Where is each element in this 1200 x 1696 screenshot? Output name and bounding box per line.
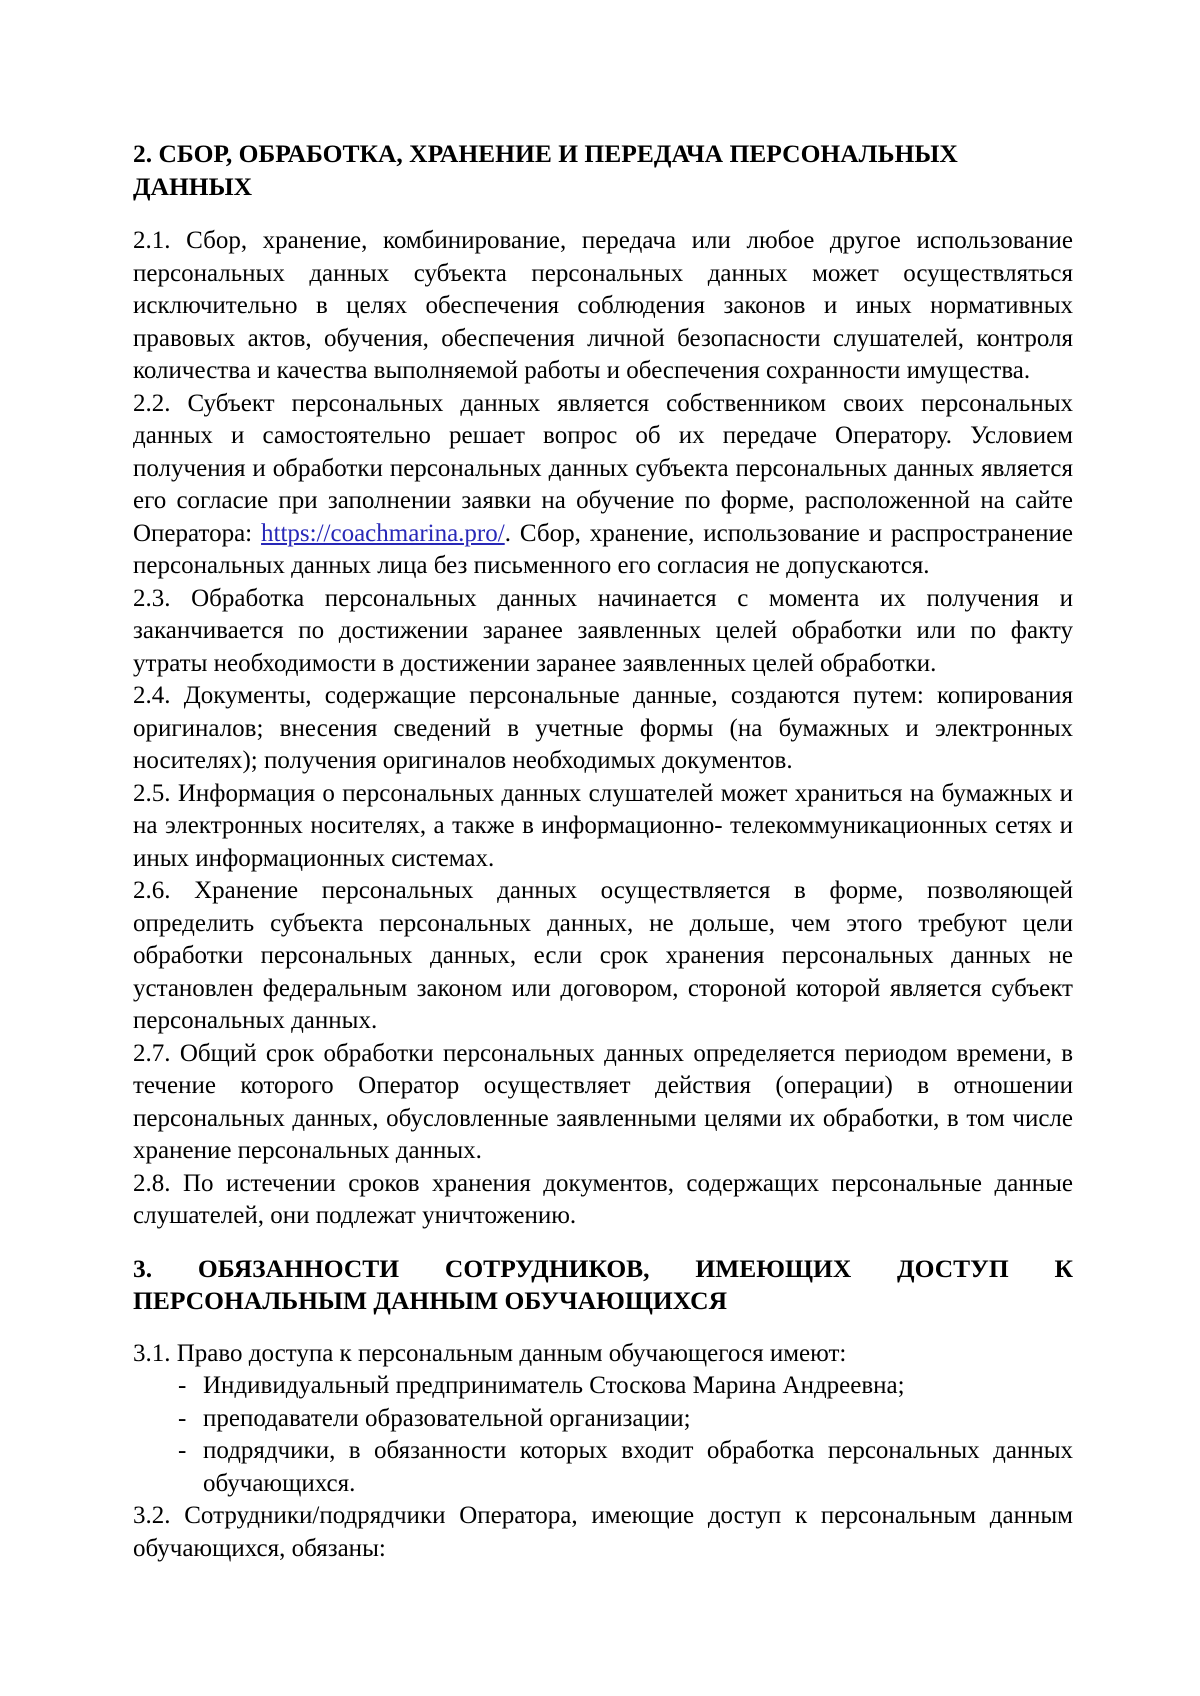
list-item-teachers: - преподаватели образовательной организа… xyxy=(133,1403,1073,1436)
paragraph-2-7: 2.7. Общий срок обработки персональных д… xyxy=(133,1038,1073,1168)
paragraph-2-1: 2.1. Сбор, хранение, комбинирование, пер… xyxy=(133,225,1073,388)
coachmarina-site-link[interactable]: https://coachmarina.pro/ xyxy=(261,520,505,547)
section2-heading: 2. СБОР, ОБРАБОТКА, ХРАНЕНИЕ И ПЕРЕДАЧА … xyxy=(133,138,1073,203)
paragraph-2-5: 2.5. Информация о персональных данных сл… xyxy=(133,778,1073,876)
list-item-text: Индивидуальный предприниматель Стоскова … xyxy=(203,1372,905,1399)
list-item-text: подрядчики, в обязанности которых входит… xyxy=(203,1437,1073,1497)
paragraph-2-3: 2.3. Обработка персональных данных начин… xyxy=(133,583,1073,681)
list-item-text: преподаватели образовательной организаци… xyxy=(203,1405,691,1432)
section3-heading-line2: ПЕРСОНАЛЬНЫМ ДАННЫМ ОБУЧАЮЩИХСЯ xyxy=(133,1285,1073,1318)
document-page: 2. СБОР, ОБРАБОТКА, ХРАНЕНИЕ И ПЕРЕДАЧА … xyxy=(0,0,1200,1696)
paragraph-2-2: 2.2. Субъект персональных данных являетс… xyxy=(133,388,1073,583)
list-item-entrepreneur: - Индивидуальный предприниматель Стосков… xyxy=(133,1370,1073,1403)
list-item-contractors: - подрядчики, в обязанности которых вход… xyxy=(133,1435,1073,1500)
paragraph-2-4: 2.4. Документы, содержащие персональные … xyxy=(133,680,1073,778)
paragraph-2-6: 2.6. Хранение персональных данных осущес… xyxy=(133,875,1073,1038)
hyphen-bullet-marker: - xyxy=(178,1435,186,1468)
paragraph-3-1: 3.1. Право доступа к персональным данным… xyxy=(133,1338,1073,1371)
paragraph-3-2: 3.2. Сотрудники/подрядчики Оператора, им… xyxy=(133,1500,1073,1565)
document-body: 2. СБОР, ОБРАБОТКА, ХРАНЕНИЕ И ПЕРЕДАЧА … xyxy=(133,138,1073,1565)
hyphen-bullet-marker: - xyxy=(178,1403,186,1436)
hyphen-bullet-marker: - xyxy=(178,1370,186,1403)
paragraph-2-8: 2.8. По истечении сроков хранения докуме… xyxy=(133,1168,1073,1233)
section3-heading: 3. ОБЯЗАННОСТИ СОТРУДНИКОВ, ИМЕЮЩИХ ДОСТ… xyxy=(133,1253,1073,1318)
section3-heading-line1: 3. ОБЯЗАННОСТИ СОТРУДНИКОВ, ИМЕЮЩИХ ДОСТ… xyxy=(133,1253,1073,1286)
